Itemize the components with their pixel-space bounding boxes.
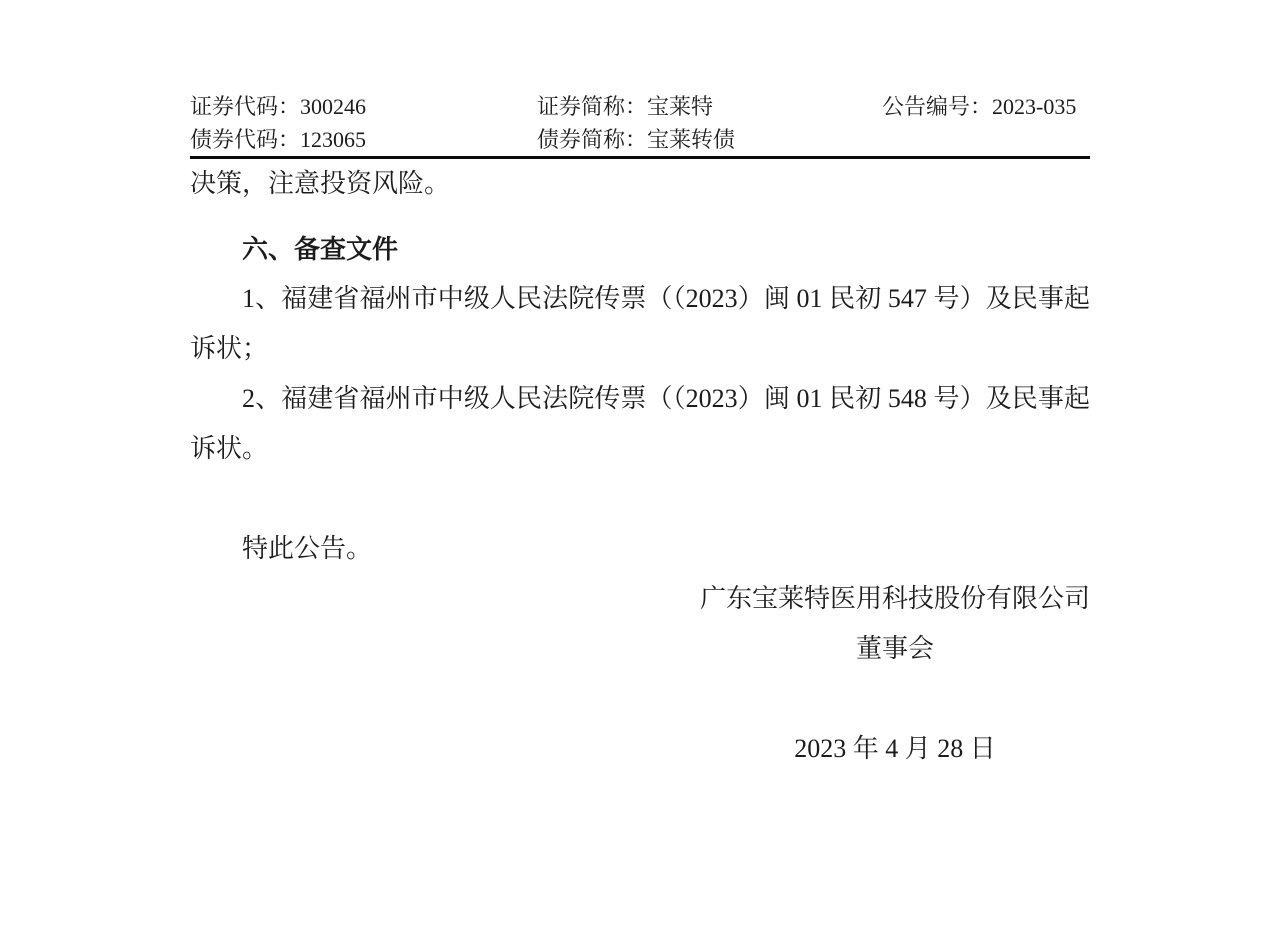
announcement-header: 证券代码：300246 证券简称：宝莱特 公告编号：2023-035 债券代码：… — [190, 90, 1090, 156]
list-item-summons-548: 2、福建省福州市中级人民法院传票（（2023）闽 01 民初 548 号）及民事… — [190, 374, 1090, 474]
closing-statement: 特此公告。 — [190, 524, 1090, 574]
bond-name: 债券简称：宝莱转债 — [537, 123, 882, 156]
security-code: 证券代码：300246 — [190, 90, 537, 123]
blank-line — [190, 474, 1090, 524]
announcement-date: 2023 年 4 月 28 日 — [700, 724, 1090, 774]
document-page: 证券代码：300246 证券简称：宝莱特 公告编号：2023-035 债券代码：… — [0, 0, 1279, 927]
list-item-summons-547: 1、福建省福州市中级人民法院传票（（2023）闽 01 民初 547 号）及民事… — [190, 274, 1090, 374]
signature-block: 广东宝莱特医用科技股份有限公司 董事会 2023 年 4 月 28 日 — [700, 574, 1090, 774]
bond-code: 债券代码：123065 — [190, 123, 537, 156]
board-label: 董事会 — [700, 624, 1090, 674]
section-heading-reference-documents: 六、备查文件 — [190, 224, 1090, 274]
announcement-number: 公告编号：2023-035 — [882, 90, 1090, 123]
blank-line — [700, 674, 1090, 724]
header-row-securities: 证券代码：300246 证券简称：宝莱特 公告编号：2023-035 — [190, 90, 1090, 123]
company-name: 广东宝莱特医用科技股份有限公司 — [700, 574, 1090, 624]
security-name: 证券简称：宝莱特 — [537, 90, 882, 123]
risk-notice-text: 决策，注意投资风险。 — [190, 159, 1090, 209]
header-row-bond-spacer — [882, 123, 1090, 156]
announcement-body: 决策，注意投资风险。 六、备查文件 1、福建省福州市中级人民法院传票（（2023… — [190, 159, 1090, 774]
header-row-bond: 债券代码：123065 债券简称：宝莱转债 — [190, 123, 1090, 156]
